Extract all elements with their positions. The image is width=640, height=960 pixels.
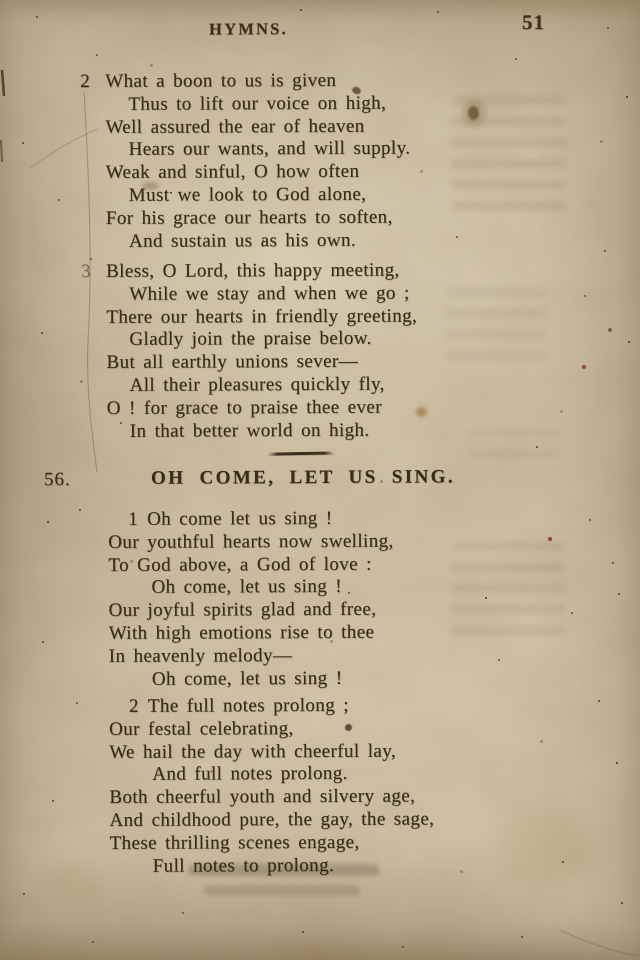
verse-line: But all earthly unions sever—	[106, 351, 417, 375]
verse-line: Full notes to prolong.	[110, 854, 435, 878]
verse-line: Our youthful hearts now swelling,	[108, 530, 393, 554]
verse-line: There our hearts in friendly greeting,	[106, 305, 417, 329]
verse-line: For his grace our hearts to soften,	[106, 206, 411, 230]
verse-line: 3Bless, O Lord, this happy meeting,	[106, 260, 417, 284]
section-divider-rule	[268, 451, 334, 455]
page-number: 51	[522, 10, 545, 35]
verse-line: Our festal celebrating,	[109, 717, 434, 741]
verse-line: 2What a boon to us is given	[105, 70, 410, 94]
verse-line: 2The full notes prolong ;	[109, 695, 434, 719]
verse-line: Gladly join the praise below.	[106, 328, 417, 352]
verse-line: In that better world on high.	[107, 419, 418, 443]
verse-line-text: What a boon to us is given	[105, 70, 336, 92]
verse-line: Must we look to God alone,	[106, 184, 411, 208]
hymn-56-verse-1: 1Oh come let us sing ! Our youthful hear…	[108, 508, 394, 692]
verse-number: 2	[80, 71, 90, 94]
verse-line: Weak and sinful, O how often	[106, 161, 411, 185]
verse-line: Thus to lift our voice on high,	[105, 92, 410, 116]
continued-hymn-verse-2: 2What a boon to us is given Thus to lift…	[105, 70, 411, 254]
verse-number: 3	[81, 261, 91, 284]
verse-number: 2	[129, 696, 139, 717]
verse-line: O ! for grace to praise thee ever	[107, 396, 418, 420]
printed-text-layer: HYMNS. 51 2What a boon to us is given Th…	[0, 0, 640, 960]
hymn-56-verse-2: 2The full notes prolong ; Our festal cel…	[109, 695, 435, 879]
verse-line: We hail the day with cheerful lay,	[109, 740, 434, 764]
verse-line: To God above, a God of love :	[108, 553, 393, 577]
verse-line: Oh come, let us sing !	[109, 667, 394, 691]
verse-line: Oh come, let us sing !	[108, 576, 393, 600]
verse-line-text: The full notes prolong ;	[148, 695, 349, 717]
hymnal-page-scan: HYMNS. 51 2What a boon to us is given Th…	[0, 0, 640, 960]
running-header: HYMNS.	[209, 19, 288, 39]
verse-line: And childhood pure, the gay, the sage,	[109, 808, 434, 832]
verse-line: These thrilling scenes engage,	[110, 831, 435, 855]
verse-line-text: Oh come let us sing !	[147, 508, 332, 530]
verse-line: All their pleasures quickly fly,	[107, 374, 418, 398]
verse-line: Well assured the ear of heaven	[105, 115, 410, 139]
verse-line: With high emotions rise to thee	[109, 622, 394, 646]
verse-number: 1	[128, 509, 138, 530]
hymn-title: OH COME, LET US SING.	[151, 466, 455, 489]
verse-line: Our joyful spirits glad and free,	[109, 599, 394, 623]
verse-line: In heavenly melody—	[109, 644, 394, 668]
verse-line: And sustain us as his own.	[106, 229, 411, 253]
continued-hymn-verse-3: 3Bless, O Lord, this happy meeting, Whil…	[106, 260, 418, 444]
verse-line: While we stay and when we go ;	[106, 282, 417, 306]
verse-line-text: Bless, O Lord, this happy meeting,	[106, 260, 400, 282]
verse-line: And full notes prolong.	[109, 763, 434, 787]
verse-line: Both cheerful youth and silvery age,	[109, 786, 434, 810]
verse-line: Hears our wants, and will supply.	[106, 138, 411, 162]
verse-line: 1Oh come let us sing !	[108, 508, 393, 532]
hymn-number: 56.	[44, 469, 71, 491]
